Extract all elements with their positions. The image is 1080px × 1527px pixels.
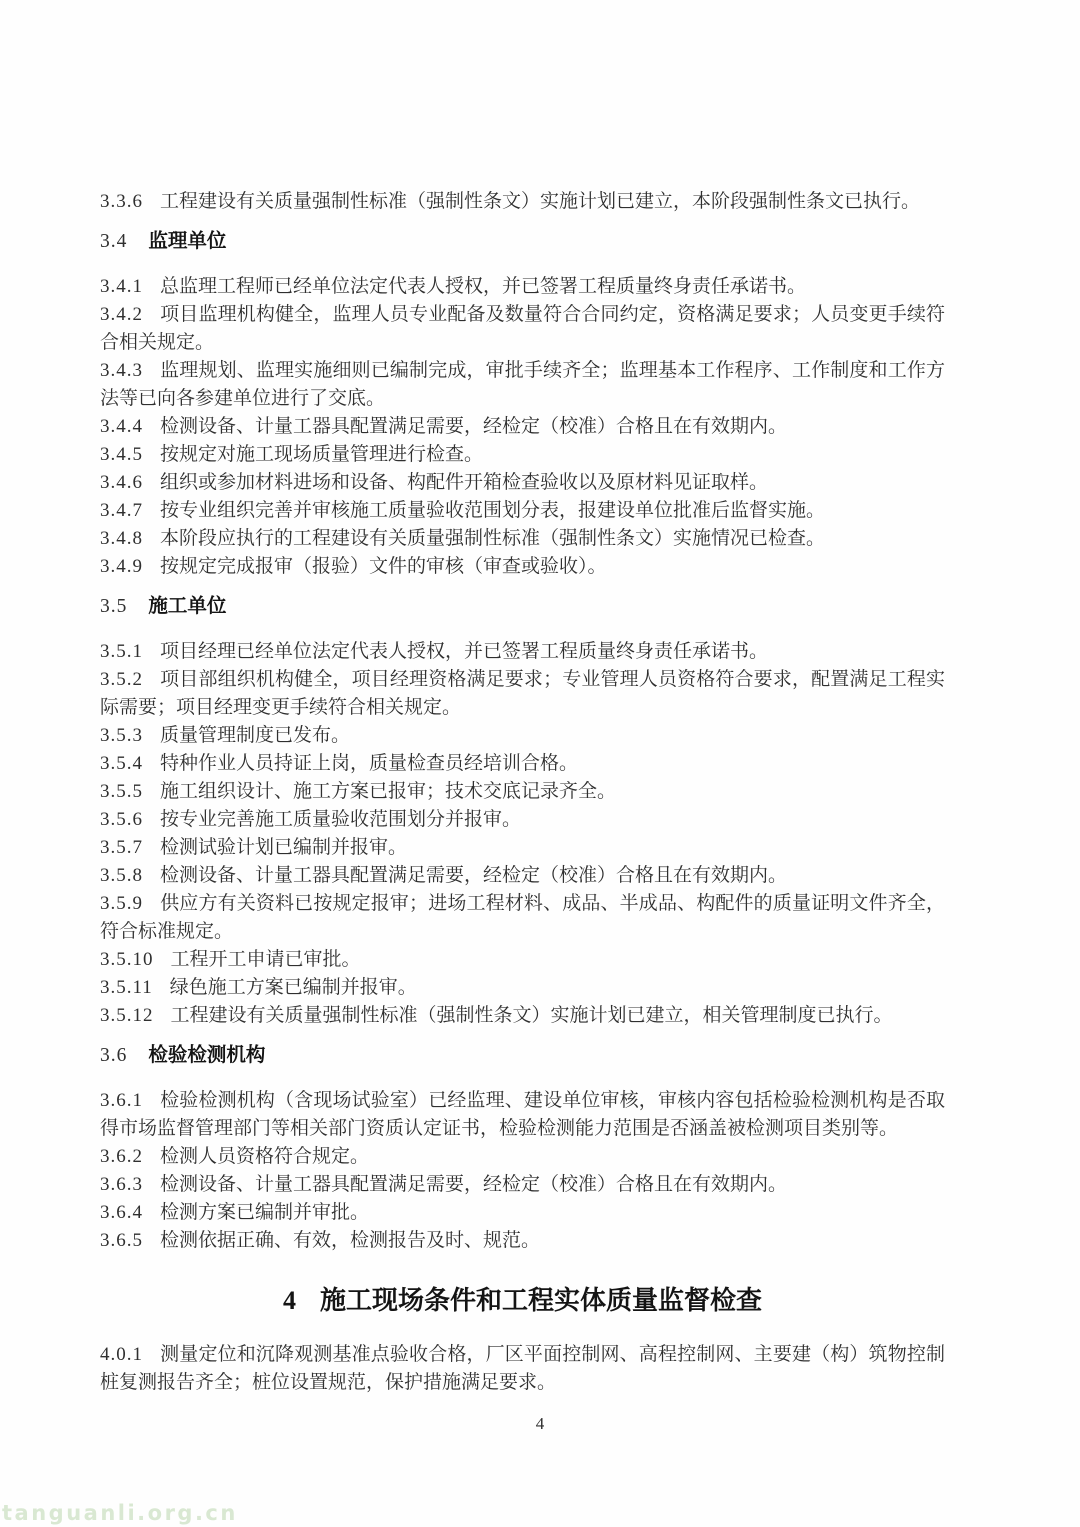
- clause-number: 3.5.5: [100, 781, 143, 802]
- document-page: 3.3.6工程建设有关质量强制性标准（强制性条文）实施计划已建立，本阶段强制性条…: [0, 0, 1080, 1527]
- clause-3-5-4: 3.5.4特种作业人员持证上岗，质量检查员经培训合格。: [100, 750, 945, 778]
- clause-text: 组织或参加材料进场和设备、构配件开箱检查验收以及原材料见证取样。: [160, 472, 768, 493]
- clause-3-4-8: 3.4.8本阶段应执行的工程建设有关质量强制性标准（强制性条文）实施情况已检查。: [100, 525, 945, 553]
- clause-number: 3.6.2: [100, 1146, 143, 1167]
- page-number: 4: [0, 1414, 1080, 1434]
- watermark-text: tanguanli.org.cn: [2, 1501, 238, 1525]
- clause-number: 3.6.1: [100, 1090, 143, 1111]
- clause-text: 项目经理已经单位法定代表人授权，并已签署工程质量终身责任承诺书。: [160, 641, 768, 662]
- clause-number: 3.3.6: [100, 191, 143, 212]
- clause-number: 3.4.2: [100, 304, 143, 325]
- section-number: 3.4: [100, 231, 127, 252]
- clause-number: 3.5.2: [100, 669, 143, 690]
- clause-number: 3.4.5: [100, 444, 143, 465]
- clause-number: 3.4.7: [100, 500, 143, 521]
- clause-text: 检测人员资格符合规定。: [160, 1146, 369, 1167]
- clause-3-6-3: 3.6.3检测设备、计量工器具配置满足需要，经检定（校准）合格且在有效期内。: [100, 1171, 945, 1199]
- clause-3-5-8: 3.5.8检测设备、计量工器具配置满足需要，经检定（校准）合格且在有效期内。: [100, 862, 945, 890]
- clause-3-4-4: 3.4.4检测设备、计量工器具配置满足需要，经检定（校准）合格且在有效期内。: [100, 413, 945, 441]
- clause-text: 工程建设有关质量强制性标准（强制性条文）实施计划已建立，相关管理制度已执行。: [171, 1005, 893, 1026]
- clause-number: 3.5.10: [100, 949, 154, 970]
- clause-3-5-12: 3.5.12工程建设有关质量强制性标准（强制性条文）实施计划已建立，相关管理制度…: [100, 1002, 945, 1030]
- clause-3-5-1: 3.5.1项目经理已经单位法定代表人授权，并已签署工程质量终身责任承诺书。: [100, 638, 945, 666]
- clause-number: 3.4.8: [100, 528, 143, 549]
- section-heading-3-4: 3.4监理单位: [100, 227, 945, 256]
- clause-3-6-4: 3.6.4检测方案已编制并审批。: [100, 1199, 945, 1227]
- clause-number: 3.5.12: [100, 1005, 154, 1026]
- clause-text: 检测设备、计量工器具配置满足需要，经检定（校准）合格且在有效期内。: [160, 865, 787, 886]
- clause-4-0-1: 4.0.1测量定位和沉降观测基准点验收合格，厂区平面控制网、高程控制网、主要建（…: [100, 1341, 945, 1397]
- chapter-heading-4: 4施工现场条件和工程实体质量监督检查: [100, 1281, 945, 1320]
- section-number: 3.6: [100, 1045, 127, 1066]
- clause-text: 按规定完成报审（报验）文件的审核（审查或验收）。: [160, 556, 607, 577]
- clause-3-5-10: 3.5.10工程开工申请已审批。: [100, 946, 945, 974]
- chapter-number: 4: [283, 1286, 296, 1315]
- clause-text: 检测设备、计量工器具配置满足需要，经检定（校准）合格且在有效期内。: [160, 416, 787, 437]
- clause-3-5-5: 3.5.5施工组织设计、施工方案已报审；技术交底记录齐全。: [100, 778, 945, 806]
- clause-text: 监理规划、监理实施细则已编制完成，审批手续齐全；监理基本工作程序、工作制度和工作…: [100, 360, 945, 409]
- clause-3-6-1: 3.6.1检验检测机构（含现场试验室）已经监理、建设单位审核，审核内容包括检验检…: [100, 1087, 945, 1143]
- clause-text: 工程建设有关质量强制性标准（强制性条文）实施计划已建立，本阶段强制性条文已执行。: [160, 191, 920, 212]
- clause-3-4-1: 3.4.1总监理工程师已经单位法定代表人授权，并已签署工程质量终身责任承诺书。: [100, 273, 945, 301]
- clause-text: 本阶段应执行的工程建设有关质量强制性标准（强制性条文）实施情况已检查。: [160, 528, 825, 549]
- clause-3-5-7: 3.5.7检测试验计划已编制并报审。: [100, 834, 945, 862]
- clause-3-4-7: 3.4.7按专业组织完善并审核施工质量验收范围划分表，报建设单位批准后监督实施。: [100, 497, 945, 525]
- clause-number: 4.0.1: [100, 1344, 143, 1365]
- clause-text: 检测方案已编制并审批。: [160, 1202, 369, 1223]
- clause-text: 特种作业人员持证上岗，质量检查员经培训合格。: [160, 753, 578, 774]
- clause-text: 检验检测机构（含现场试验室）已经监理、建设单位审核，审核内容包括检验检测机构是否…: [100, 1090, 945, 1139]
- clause-3-4-3: 3.4.3监理规划、监理实施细则已编制完成，审批手续齐全；监理基本工作程序、工作…: [100, 357, 945, 413]
- clause-number: 3.4.4: [100, 416, 143, 437]
- section-number: 3.5: [100, 596, 127, 617]
- clause-number: 3.6.4: [100, 1202, 143, 1223]
- clause-number: 3.6.3: [100, 1174, 143, 1195]
- clause-text: 检测试验计划已编制并报审。: [160, 837, 407, 858]
- clause-3-4-9: 3.4.9按规定完成报审（报验）文件的审核（审查或验收）。: [100, 553, 945, 581]
- section-title: 监理单位: [148, 230, 226, 252]
- chapter-title: 施工现场条件和工程实体质量监督检查: [320, 1285, 762, 1315]
- clause-text: 总监理工程师已经单位法定代表人授权，并已签署工程质量终身责任承诺书。: [160, 276, 806, 297]
- clause-number: 3.4.3: [100, 360, 143, 381]
- clause-text: 项目部组织机构健全，项目经理资格满足要求；专业管理人员资格符合要求，配置满足工程…: [100, 669, 945, 718]
- section-heading-3-5: 3.5施工单位: [100, 592, 945, 621]
- clause-number: 3.6.5: [100, 1230, 143, 1251]
- clause-number: 3.5.6: [100, 809, 143, 830]
- clause-3-3-6: 3.3.6工程建设有关质量强制性标准（强制性条文）实施计划已建立，本阶段强制性条…: [100, 188, 945, 216]
- clause-3-5-2: 3.5.2项目部组织机构健全，项目经理资格满足要求；专业管理人员资格符合要求，配…: [100, 666, 945, 722]
- clause-number: 3.5.7: [100, 837, 143, 858]
- clause-text: 项目监理机构健全，监理人员专业配备及数量符合合同约定，资格满足要求；人员变更手续…: [100, 304, 945, 353]
- clause-3-4-2: 3.4.2项目监理机构健全，监理人员专业配备及数量符合合同约定，资格满足要求；人…: [100, 301, 945, 357]
- clause-3-4-6: 3.4.6组织或参加材料进场和设备、构配件开箱检查验收以及原材料见证取样。: [100, 469, 945, 497]
- clause-text: 检测依据正确、有效，检测报告及时、规范。: [160, 1230, 540, 1251]
- clause-text: 检测设备、计量工器具配置满足需要，经检定（校准）合格且在有效期内。: [160, 1174, 787, 1195]
- clause-text: 绿色施工方案已编制并报审。: [170, 977, 417, 998]
- clause-3-4-5: 3.4.5按规定对施工现场质量管理进行检查。: [100, 441, 945, 469]
- clause-3-5-3: 3.5.3质量管理制度已发布。: [100, 722, 945, 750]
- clause-3-6-5: 3.6.5检测依据正确、有效，检测报告及时、规范。: [100, 1227, 945, 1255]
- clause-number: 3.5.1: [100, 641, 143, 662]
- clause-number: 3.5.9: [100, 893, 143, 914]
- clause-text: 测量定位和沉降观测基准点验收合格，厂区平面控制网、高程控制网、主要建（构）筑物控…: [100, 1344, 945, 1393]
- clause-text: 按专业完善施工质量验收范围划分并报审。: [160, 809, 521, 830]
- clause-text: 按专业组织完善并审核施工质量验收范围划分表，报建设单位批准后监督实施。: [160, 500, 825, 521]
- section-title: 施工单位: [148, 595, 226, 617]
- clause-number: 3.4.6: [100, 472, 143, 493]
- clause-text: 工程开工申请已审批。: [171, 949, 361, 970]
- clause-text: 供应方有关资料已按规定报审；进场工程材料、成品、半成品、构配件的质量证明文件齐全…: [100, 893, 945, 942]
- clause-text: 施工组织设计、施工方案已报审；技术交底记录齐全。: [160, 781, 616, 802]
- clause-text: 质量管理制度已发布。: [160, 725, 350, 746]
- section-title: 检验检测机构: [148, 1044, 265, 1066]
- clause-number: 3.5.3: [100, 725, 143, 746]
- section-heading-3-6: 3.6检验检测机构: [100, 1041, 945, 1070]
- clause-number: 3.5.11: [100, 977, 153, 998]
- clause-number: 3.4.9: [100, 556, 143, 577]
- clause-number: 3.5.4: [100, 753, 143, 774]
- clause-text: 按规定对施工现场质量管理进行检查。: [160, 444, 483, 465]
- page-content: 3.3.6工程建设有关质量强制性标准（强制性条文）实施计划已建立，本阶段强制性条…: [100, 188, 945, 1397]
- clause-3-5-9: 3.5.9供应方有关资料已按规定报审；进场工程材料、成品、半成品、构配件的质量证…: [100, 890, 945, 946]
- clause-3-5-6: 3.5.6按专业完善施工质量验收范围划分并报审。: [100, 806, 945, 834]
- clause-3-6-2: 3.6.2检测人员资格符合规定。: [100, 1143, 945, 1171]
- clause-number: 3.4.1: [100, 276, 143, 297]
- clause-number: 3.5.8: [100, 865, 143, 886]
- clause-3-5-11: 3.5.11绿色施工方案已编制并报审。: [100, 974, 945, 1002]
